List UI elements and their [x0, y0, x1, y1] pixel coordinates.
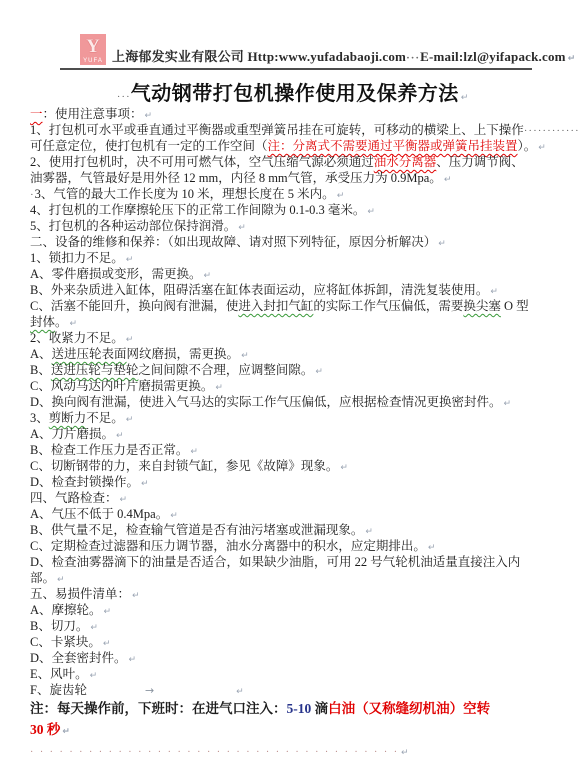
text-segment: 四、气路检查： — [30, 491, 118, 505]
document-body: 一：使用注意事项：↵1、打包机可水平或垂直通过平衡器或重型弹簧吊挂在可旋转，可移… — [30, 106, 540, 759]
text-segment: ：使用注意事项： — [43, 107, 143, 121]
text-line: A、气压不低于 0.4Mpa。↵ — [30, 506, 540, 522]
text-segment: F、旋齿轮 — [30, 683, 87, 697]
text-line: B、切刀。↵ — [30, 618, 540, 634]
text-line: 5、打包机的各种运动部位保持润滑。↵ — [30, 218, 540, 234]
paragraph-mark-icon: ↵ — [568, 54, 576, 64]
text-line: D、换向阀有泄漏，使进入气马达的实际工作气压偏低，应根据检查情况更换密封件。↵ — [30, 394, 540, 410]
text-segment: 注：分离式不需要通过平衡器或弹簧吊挂装置 — [268, 139, 518, 153]
text-segment: 注：每天操作前，下班时：在进气口注入： — [30, 701, 287, 716]
text-line: D、检查封锁操作。↵ — [30, 474, 540, 490]
text-line: A、刀片磨损。↵ — [30, 426, 540, 442]
paragraph-mark-icon: ↵ — [141, 479, 149, 489]
text-segment: 网纹磨损，需更换。 — [127, 347, 240, 361]
paragraph-mark-icon: ↵ — [90, 623, 98, 633]
text-segment: B、切刀。 — [30, 619, 88, 633]
text-line: D、检查油雾器滴下的油量是否适合，如果缺少油脂，可用 22 号气轮机油适量直接注… — [30, 554, 540, 570]
text-segment: B、供气量不足，检查输气管道是否有油污堵塞或泄漏现象。 — [30, 523, 363, 537]
text-line: 四、气路检查：↵ — [30, 490, 540, 506]
text-segment: A、气压不低于 0.4Mpa。 — [30, 507, 168, 521]
text-line: A、送进压轮表面网纹磨损，需更换。↵ — [30, 346, 540, 362]
company-name: 上海郁发实业有限公司 Http:www.yufadabaoji.com — [112, 49, 406, 64]
paragraph-mark-icon: ↵ — [238, 223, 246, 233]
text-segment: C、卡紧块。 — [30, 635, 101, 649]
text-segment: 可任意定位，使打包机有一定的工作空间（ — [30, 139, 268, 153]
text-segment: C、风动马达内叶片磨损需更换。 — [30, 379, 213, 393]
paragraph-mark-icon: ↵ — [104, 607, 112, 617]
paragraph-mark-icon: ↵ — [70, 319, 78, 329]
text-segment: O 型 — [501, 299, 529, 313]
text-segment: 换尖塞 — [463, 299, 501, 313]
text-segment: 滴 — [311, 701, 328, 716]
text-line: E、风叶。↵ — [30, 666, 540, 682]
paragraph-mark-icon: ↵ — [215, 383, 223, 393]
text-segment: A、 — [30, 347, 52, 361]
paragraph-mark-icon: ↵ — [103, 639, 111, 649]
text-line: C、卡紧块。↵ — [30, 634, 540, 650]
doc-title: 气动钢带打包机操作使用及保养方法 — [131, 83, 459, 105]
text-segment: C、活塞不能回升，换向阀有泄漏，使 — [30, 299, 238, 313]
text-line: B、检查工作压力是否正常。↵ — [30, 442, 540, 458]
text-line: 可任意定位，使打包机有一定的工作空间（注：分离式不需要通过平衡器或弹簧吊挂装置）… — [30, 138, 540, 154]
logo-y-symbol: Y — [80, 37, 106, 57]
paragraph-mark-icon: ↵ — [367, 207, 375, 217]
text-segment: 进入封扣气缸 — [238, 299, 313, 313]
text-segment: 。 — [55, 315, 68, 329]
text-line: 3、剪断力不足。↵ — [30, 410, 540, 426]
text-segment: 3、 — [30, 411, 49, 425]
text-segment: 不足。 — [86, 411, 124, 425]
text-segment: 送进压轮表面 — [52, 347, 127, 361]
text-segment: · · · · · · · · · · · · · · · · · · · · … — [30, 747, 399, 758]
text-segment: 3、气管的最大工作长度为 10 米，理想长度在 5 米内。 — [35, 187, 335, 201]
text-segment: 一 — [30, 107, 43, 121]
text-line: 五、易损件清单：↵ — [30, 586, 540, 602]
text-segment: D、检查油雾器滴下的油量是否适合，如果缺少油脂，可用 22 号气轮机油适量直接注… — [30, 555, 520, 569]
text-segment: D、全套密封件。 — [30, 651, 127, 665]
text-line: C、活塞不能回升，换向阀有泄漏，使进入封扣气缸的实际工作气压偏低，需要换尖塞 O… — [30, 298, 540, 314]
text-segment: 部。 — [30, 571, 55, 585]
paragraph-mark-icon: ↵ — [490, 287, 498, 297]
paragraph-mark-icon: ↵ — [236, 687, 244, 697]
paragraph-mark-icon: ↵ — [126, 335, 134, 345]
text-segment: 5-10 — [287, 701, 312, 716]
text-segment: A、零件磨损或变形，需更换。 — [30, 267, 202, 281]
space-format-dots: ··· — [406, 52, 420, 64]
text-line: 封体。↵ — [30, 314, 540, 330]
text-segment: 油水分离器 — [374, 155, 437, 169]
text-line: 一：使用注意事项：↵ — [30, 106, 540, 122]
paragraph-mark-icon: ↵ — [337, 191, 345, 201]
text-line: 1、锁扣力不足。↵ — [30, 250, 540, 266]
logo-yufa-text: YUFA — [80, 57, 106, 65]
text-segment: 油雾器，气管最好是用外径 12 mm，内径 8 mm气管，承受压力为 0.9Mp… — [30, 171, 442, 185]
text-segment: 2、收紧力不足。 — [30, 331, 124, 345]
text-segment: 、压力调节阀、 — [436, 155, 524, 169]
text-segment: D、检查封锁操作。 — [30, 475, 139, 489]
text-segment: 的实际工作气压偏低，需要 — [313, 299, 463, 313]
text-line: D、全套密封件。↵ — [30, 650, 540, 666]
text-line: 30 秒↵ — [30, 719, 540, 740]
text-line: C、切断钢带的力，来自封锁气缸，参见《故障》现象。↵ — [30, 458, 540, 474]
text-segment: 30 秒 — [30, 722, 60, 737]
text-segment: D、换向阀有泄漏，使进入气马达的实际工作气压偏低，应根据检查情况更换密封件。 — [30, 395, 502, 409]
paragraph-mark-icon: ↵ — [132, 591, 140, 601]
paragraph-mark-icon: ↵ — [428, 543, 436, 553]
text-line: 二、设备的维修和保养：（如出现故障、请对照下列特征，原因分析解决）↵ — [30, 234, 540, 250]
text-segment: 4、打包机的工作摩擦轮压下的正常工作间隙为 0.1-0.3 毫米。 — [30, 203, 365, 217]
text-segment: B、 — [30, 363, 51, 377]
text-segment: A、刀片磨损。 — [30, 427, 114, 441]
text-line: B、送进压轮与垫轮之间间隙不合理，应调整间隙。↵ — [30, 362, 540, 378]
space-format-dots: ··· — [117, 91, 131, 103]
text-segment: 五、易损件清单： — [30, 587, 130, 601]
text-line: C、定期检查过滤器和压力调节器，油水分离器中的积水，应定期排出。↵ — [30, 538, 540, 554]
paragraph-mark-icon: ↵ — [116, 431, 124, 441]
text-segment: C、切断钢带的力，来自封锁气缸，参见《故障》现象。 — [30, 459, 338, 473]
paragraph-mark-icon: ↵ — [401, 748, 409, 758]
text-segment: E、风叶。 — [30, 667, 88, 681]
text-line: ·3、气管的最大工作长度为 10 米，理想长度在 5 米内。↵ — [30, 186, 540, 202]
paragraph-mark-icon: ↵ — [62, 727, 70, 737]
text-segment: 剪断力 — [49, 411, 87, 425]
text-segment: 二、设备的维修和保养：（如出现故障、请对照下列特征，原因分析解决） — [30, 235, 436, 249]
text-line: 油雾器，气管最好是用外径 12 mm，内径 8 mm气管，承受压力为 0.9Mp… — [30, 170, 540, 186]
text-line: F、旋齿轮→↵ — [30, 682, 540, 698]
text-segment: 1、打包机可水平或垂直通过平衡器或重型弹簧吊挂在可旋转，可移动的横梁上、上下操作 — [30, 123, 524, 137]
text-segment: ）。 — [518, 139, 537, 153]
text-line: · · · · · · · · · · · · · · · · · · · · … — [30, 740, 540, 759]
paragraph-mark-icon: ↵ — [365, 527, 373, 537]
tab-mark-icon: → — [145, 684, 154, 697]
text-segment: 1、锁扣力不足。 — [30, 251, 124, 265]
paragraph-mark-icon: ↵ — [444, 175, 452, 185]
text-segment: A、摩擦轮。 — [30, 603, 102, 617]
text-segment: 封体 — [30, 315, 55, 329]
text-segment: 白油（又称缝纫机油）空转 — [328, 701, 490, 716]
document-header: Y YUFA 上海郁发实业有限公司 Http:www.yufadabaoji.c… — [60, 34, 532, 70]
paragraph-mark-icon: ↵ — [126, 255, 134, 265]
doc-title-line: ···气动钢带打包机操作使用及保养方法↵ — [0, 77, 585, 106]
text-line: 2、使用打包机时，决不可用可燃气体，空气压缩气源必须通过油水分离器、压力调节阀、 — [30, 154, 540, 170]
text-segment: 2、使用打包机时，决不可用可燃气体，空气压缩气源必须通过 — [30, 155, 374, 169]
paragraph-mark-icon: ↵ — [438, 239, 446, 249]
text-line: B、供气量不足，检查输气管道是否有油污堵塞或泄漏现象。↵ — [30, 522, 540, 538]
text-segment: B、外来杂质进入缸体，阻碍活塞在缸体表面运动，应将缸体拆卸，清洗复装使用。 — [30, 283, 488, 297]
text-line: 4、打包机的工作摩擦轮压下的正常工作间隙为 0.1-0.3 毫米。↵ — [30, 202, 540, 218]
text-line: A、零件磨损或变形，需更换。↵ — [30, 266, 540, 282]
text-segment: B、检查工作压力是否正常。 — [30, 443, 188, 457]
text-segment: 之间间隙不合理，应调整间隙。 — [138, 363, 313, 377]
paragraph-mark-icon: ↵ — [315, 367, 323, 377]
text-segment: 送进压轮与垫轮 — [51, 363, 139, 377]
paragraph-mark-icon: ↵ — [461, 93, 469, 103]
text-line: 部。↵ — [30, 570, 540, 586]
text-line: 注：每天操作前，下班时：在进气口注入：5-10 滴白油（又称缝纫机油）空转 — [30, 698, 540, 719]
text-line: A、摩擦轮。↵ — [30, 602, 540, 618]
paragraph-mark-icon: ↵ — [170, 511, 178, 521]
paragraph-mark-icon: ↵ — [504, 399, 512, 409]
paragraph-mark-icon: ↵ — [241, 351, 249, 361]
paragraph-mark-icon: ↵ — [204, 271, 212, 281]
paragraph-mark-icon: ↵ — [340, 463, 348, 473]
paragraph-mark-icon: ↵ — [120, 495, 128, 505]
text-line: C、风动马达内叶片磨损需更换。↵ — [30, 378, 540, 394]
paragraph-mark-icon: ↵ — [190, 447, 198, 457]
text-line: 2、收紧力不足。↵ — [30, 330, 540, 346]
text-line: 1、打包机可水平或垂直通过平衡器或重型弹簧吊挂在可旋转，可移动的横梁上、上下操作… — [30, 122, 540, 138]
text-line: B、外来杂质进入缸体，阻碍活塞在缸体表面运动，应将缸体拆卸，清洗复装使用。↵ — [30, 282, 540, 298]
company-logo: Y YUFA — [80, 34, 106, 65]
paragraph-mark-icon: ↵ — [538, 143, 546, 153]
text-segment: 5、打包机的各种运动部位保持润滑。 — [30, 219, 236, 233]
document-page: Y YUFA 上海郁发实业有限公司 Http:www.yufadabaoji.c… — [0, 0, 585, 759]
company-name-line: 上海郁发实业有限公司 Http:www.yufadabaoji.com···E-… — [112, 46, 575, 65]
text-segment: C、定期检查过滤器和压力调节器，油水分离器中的积水，应定期排出。 — [30, 539, 426, 553]
paragraph-mark-icon: ↵ — [90, 671, 98, 681]
paragraph-mark-icon: ↵ — [129, 655, 137, 665]
text-segment: ············ — [524, 125, 580, 137]
paragraph-mark-icon: ↵ — [57, 575, 65, 585]
paragraph-mark-icon: ↵ — [145, 111, 153, 121]
paragraph-mark-icon: ↵ — [126, 415, 134, 425]
company-email: E-mail:lzl@yifapack.com — [420, 49, 566, 64]
